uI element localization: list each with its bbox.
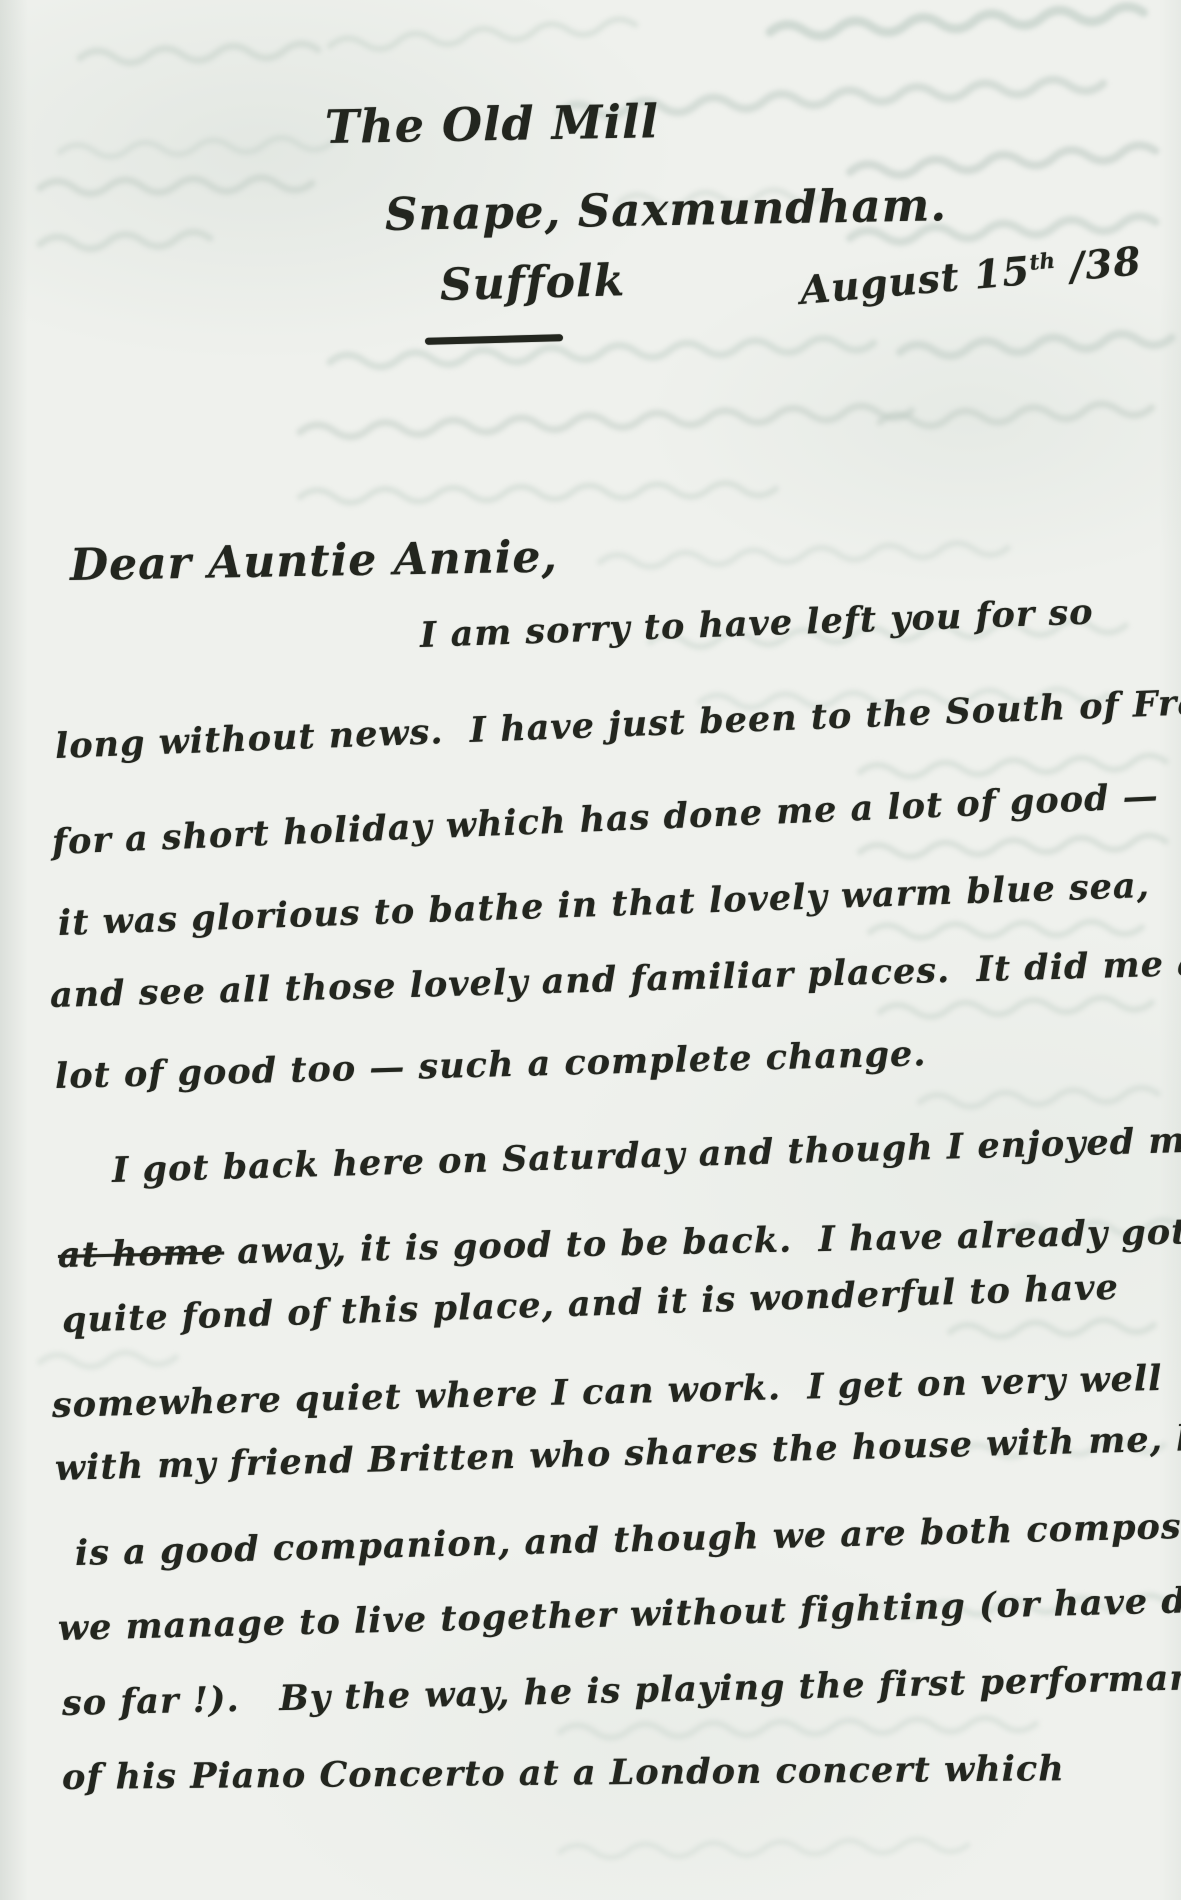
body-line-15: of his Piano Concerto at a London concer… bbox=[62, 1748, 1065, 1798]
body-line-4: it was glorious to bathe in that lovely … bbox=[57, 865, 1150, 944]
body-line-3: for a short holiday which has done me a … bbox=[51, 776, 1159, 863]
suffolk-underline bbox=[425, 334, 563, 345]
body-line-14: so far !). By the way, he is playing the… bbox=[62, 1656, 1181, 1724]
body-line-7: I got back here on Saturday and though I… bbox=[111, 1117, 1181, 1191]
body-line-2: long without news. I have just been to t… bbox=[54, 679, 1181, 767]
address-line-1: The Old Mill bbox=[325, 94, 660, 154]
date-ordinal: th bbox=[1028, 249, 1056, 276]
letter-date: August 15th /38 bbox=[798, 238, 1143, 314]
handwritten-letter-page: The Old Mill Snape, Saxmundham. Suffolk … bbox=[0, 0, 1181, 1900]
body-line-13: we manage to live together without fight… bbox=[57, 1579, 1181, 1649]
address-line-2: Snape, Saxmundham. bbox=[385, 178, 948, 241]
body-line-12: is a good companion, and though we are b… bbox=[74, 1504, 1181, 1574]
body-line-5: and see all those lovely and familiar pl… bbox=[49, 943, 1181, 1016]
body-line-9: quite fond of this place, and it is wond… bbox=[61, 1267, 1119, 1341]
body-line-1: I am sorry to have left you for so bbox=[419, 591, 1094, 655]
body-line-8-text: away, it is good to be back. I have alre… bbox=[224, 1211, 1181, 1272]
address-line-3: Suffolk bbox=[439, 255, 625, 311]
date-day: August 15 bbox=[798, 248, 1032, 314]
date-year: /38 bbox=[1054, 238, 1144, 291]
body-line-11: with my friend Britten who shares the ho… bbox=[54, 1417, 1181, 1489]
body-line-6: lot of good too — such a complete change… bbox=[54, 1033, 927, 1097]
struck-text: at home bbox=[58, 1232, 225, 1276]
salutation: Dear Auntie Annie, bbox=[70, 531, 559, 591]
body-line-10: somewhere quiet where I can work. I get … bbox=[51, 1358, 1162, 1426]
body-line-8: at home away, it is good to be back. I h… bbox=[58, 1211, 1181, 1276]
